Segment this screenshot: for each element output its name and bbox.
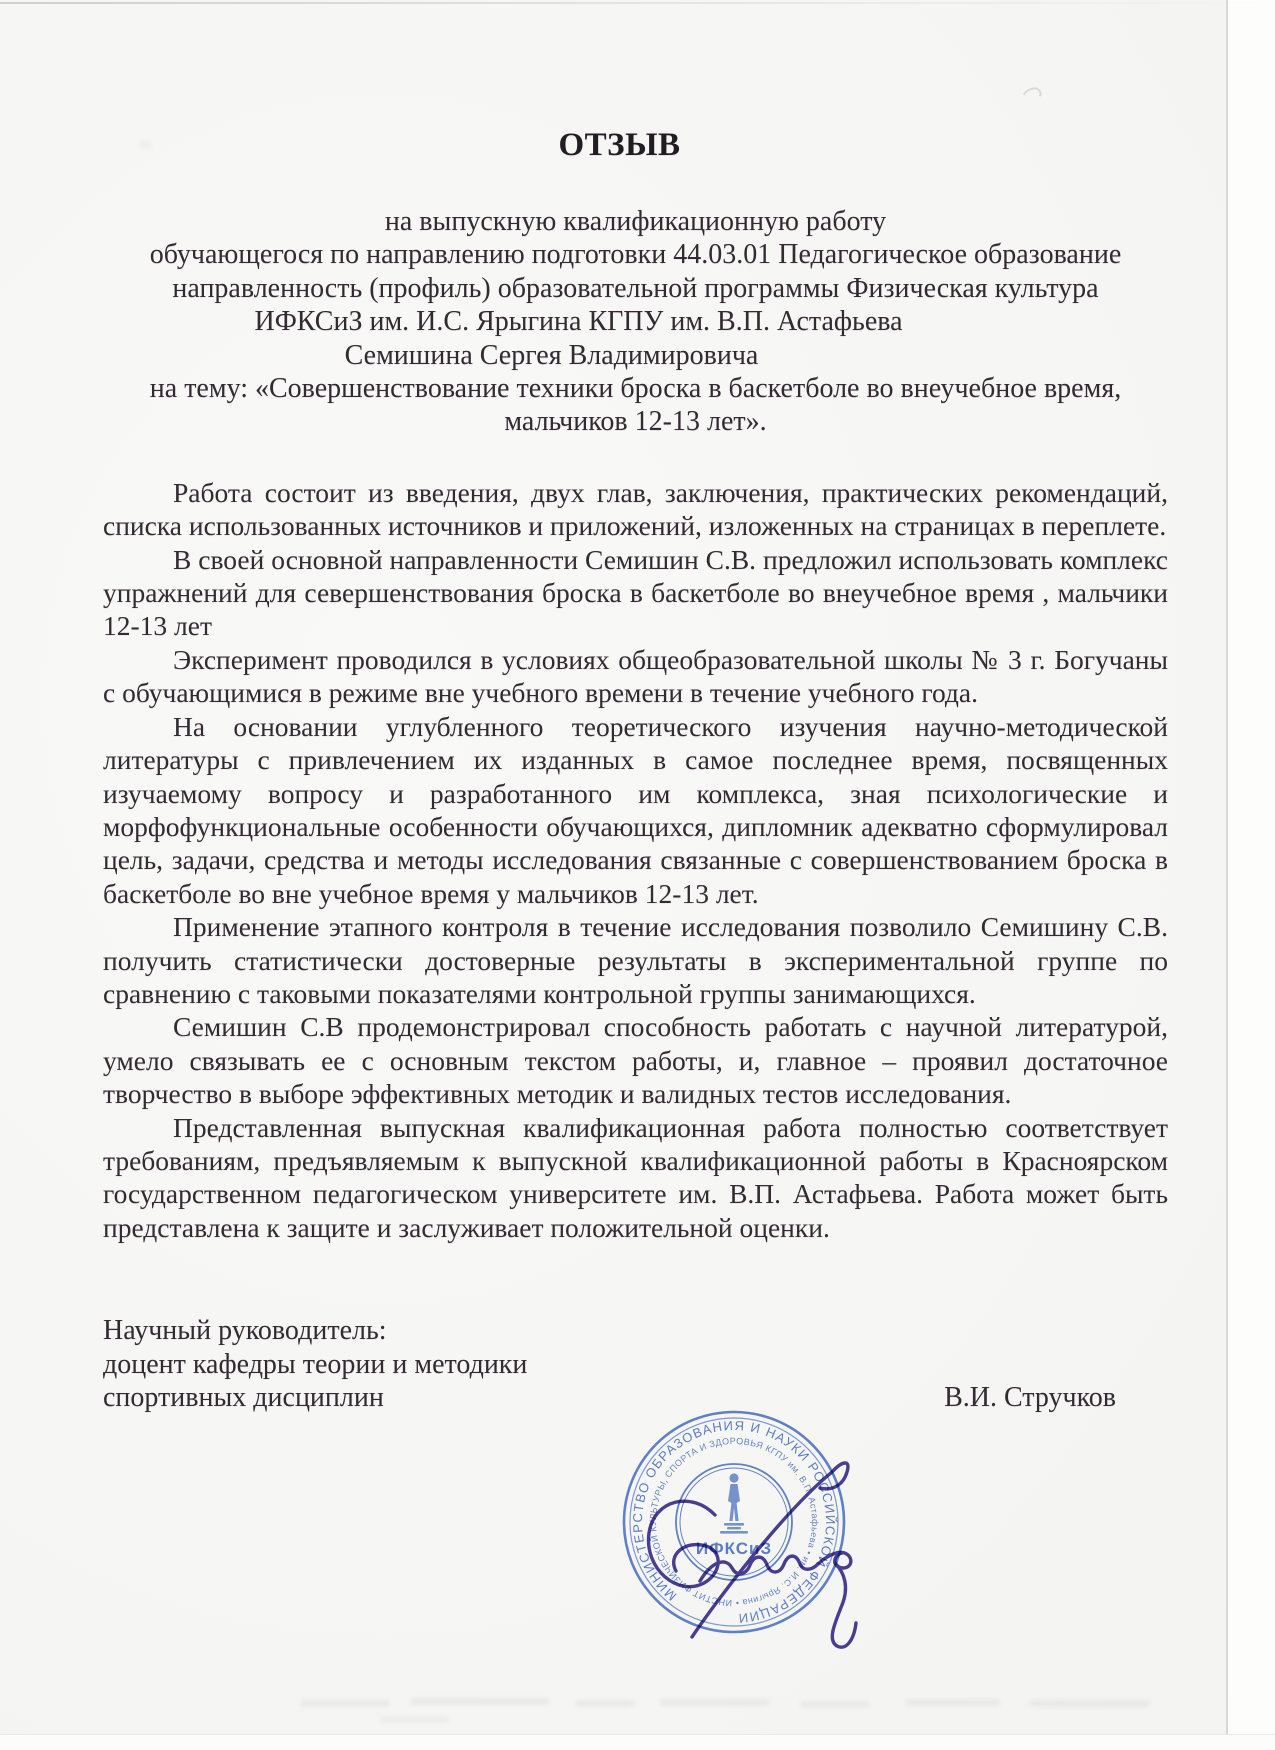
supervisor-role-line: Научный руководитель: bbox=[103, 1314, 1168, 1348]
header-line: на тему: «Совершенствование техники брос… bbox=[103, 372, 1168, 405]
header-line: ИФКСиЗ им. И.С. Ярыгина КГПУ им. В.П. Ас… bbox=[46, 305, 1111, 338]
bleedthrough-mark bbox=[380, 1716, 450, 1723]
signer-name: В.И. Стручков bbox=[944, 1381, 1116, 1415]
paragraph: Работа состоит из введения, двух глав, з… bbox=[103, 476, 1168, 543]
header-line: на выпускную квалификационную работу bbox=[103, 205, 1168, 238]
paragraph: Семишин С.В продемонстрировал способност… bbox=[103, 1010, 1168, 1110]
bleedthrough-mark bbox=[410, 1698, 550, 1705]
paragraph: Эксперимент проводился в условиях общеоб… bbox=[103, 643, 1168, 710]
page-title: ОТЗЫВ bbox=[87, 126, 1152, 164]
scanned-review-page: ОТЗЫВ на выпускную квалификационную рабо… bbox=[0, 0, 1275, 1750]
bleedthrough-mark bbox=[660, 1699, 770, 1706]
paragraph: На основании углубленного теоретического… bbox=[103, 710, 1168, 910]
paragraph: Применение этапного контроля в течение и… bbox=[103, 910, 1168, 1010]
scan-page-bottom-edge bbox=[0, 1734, 1275, 1750]
header-line: направленность (профиль) образовательной… bbox=[103, 272, 1168, 305]
header-line: Семишина Сергея Владимировича bbox=[19, 339, 1084, 372]
handwritten-signature bbox=[580, 1355, 910, 1675]
scan-edge-line bbox=[1226, 0, 1228, 1750]
header-line: обучающегося по направлению подготовки 4… bbox=[103, 238, 1168, 271]
document-body: ОТЗЫВ на выпускную квалификационную рабо… bbox=[103, 0, 1168, 1415]
signature-ink-icon bbox=[580, 1355, 910, 1675]
header-line: мальчиков 12-13 лет». bbox=[103, 405, 1168, 438]
bleedthrough-mark bbox=[800, 1701, 870, 1708]
bleedthrough-mark bbox=[1030, 1700, 1150, 1707]
bleedthrough-mark bbox=[300, 1700, 390, 1707]
bleedthrough-mark bbox=[575, 1700, 635, 1707]
paragraph: Представленная выпускная квалификационна… bbox=[103, 1111, 1168, 1245]
paragraph: В своей основной направленности Семишин … bbox=[103, 543, 1168, 643]
bleedthrough-mark bbox=[905, 1699, 1000, 1706]
document-header: на выпускную квалификационную работу обу… bbox=[103, 205, 1168, 439]
review-text: Работа состоит из введения, двух глав, з… bbox=[103, 476, 1168, 1244]
scan-page-right-edge bbox=[1228, 0, 1275, 1750]
